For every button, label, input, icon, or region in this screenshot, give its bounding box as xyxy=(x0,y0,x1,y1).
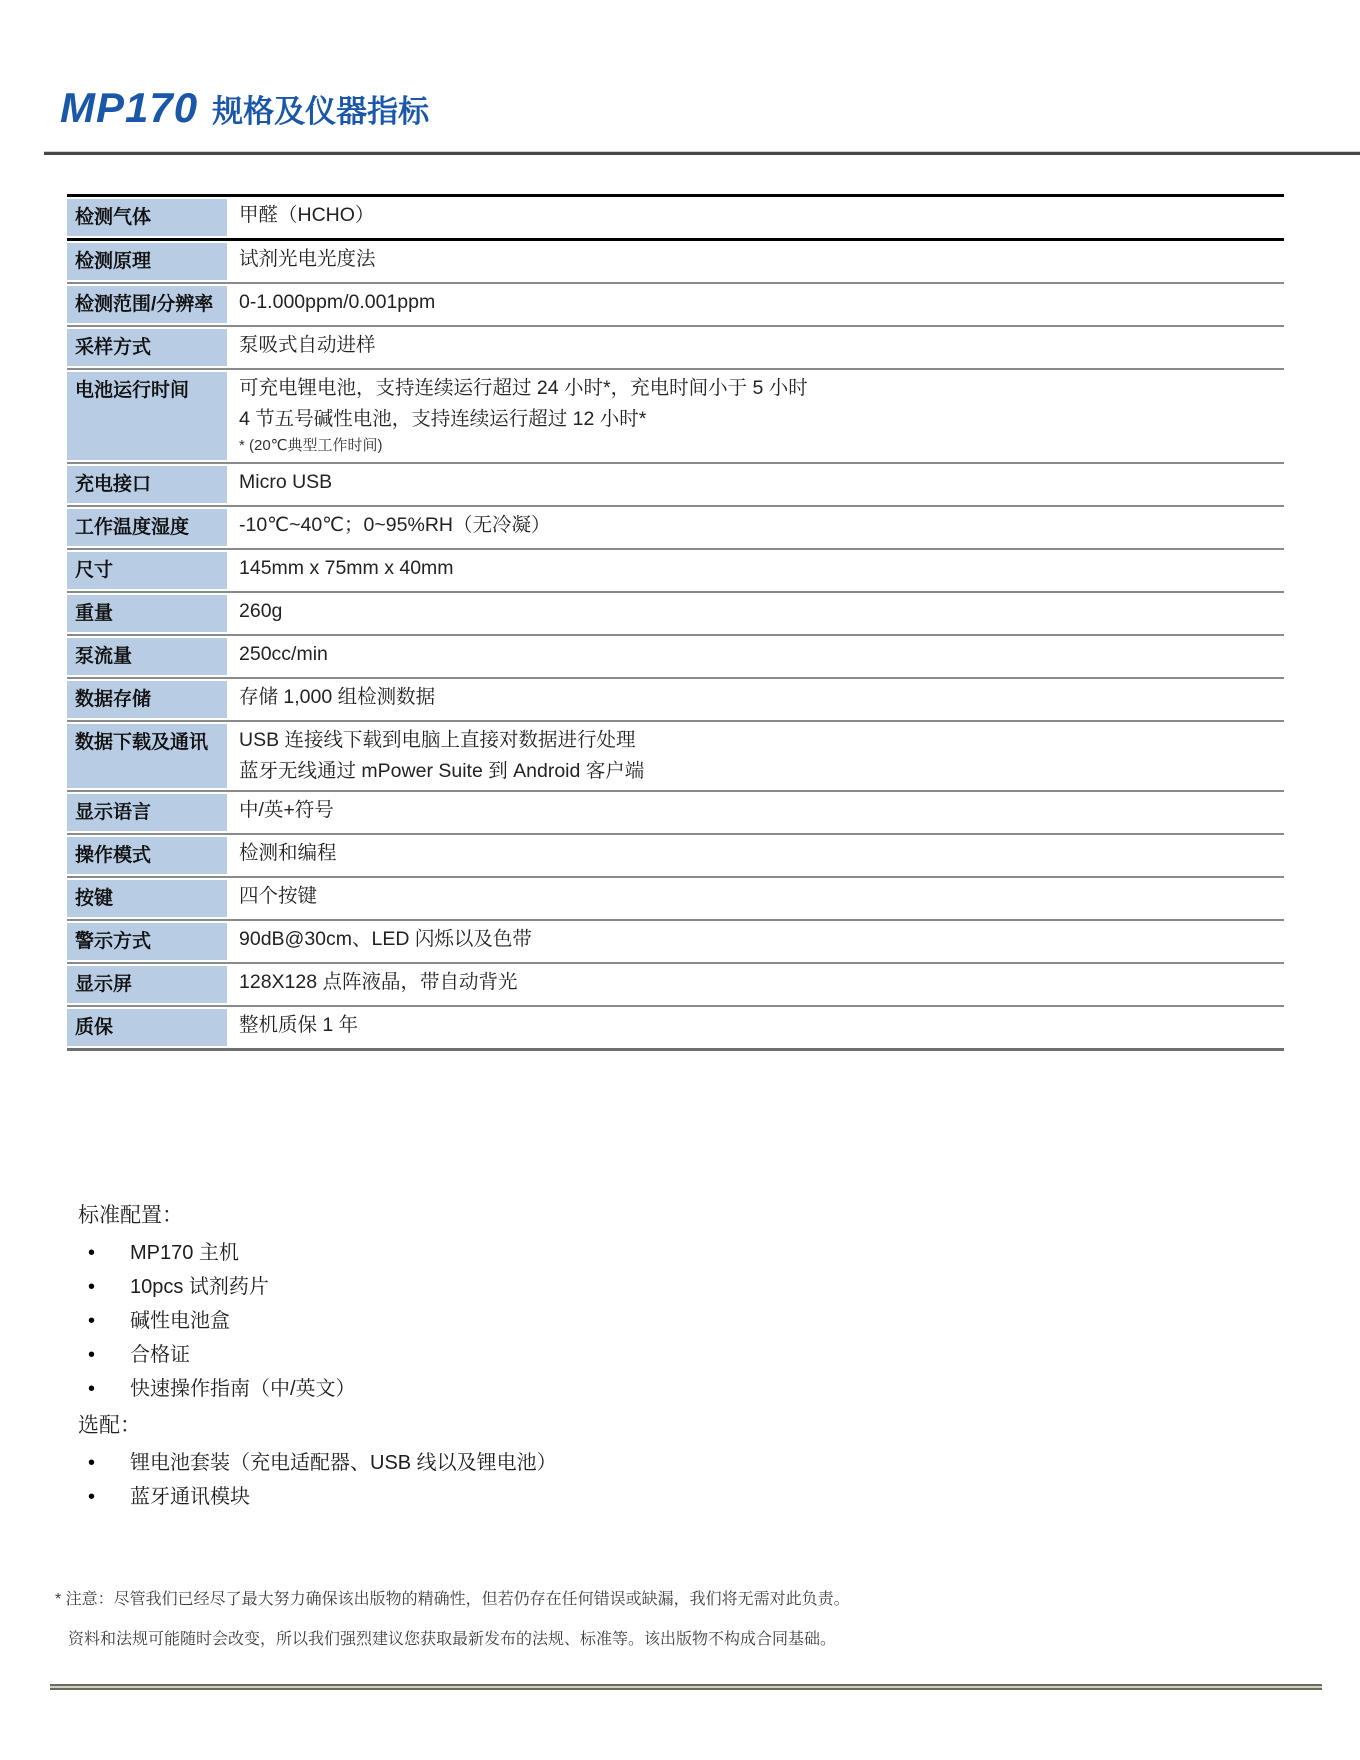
spec-value-line: 蓝牙无线通过 mPower Suite 到 Android 客户端 xyxy=(239,759,1276,784)
spec-row-value: 250cc/min xyxy=(227,636,1284,677)
spec-table-row: 采样方式 泵吸式自动进样 xyxy=(67,325,1284,368)
spec-table-row: 警示方式 90dB@30cm、LED 闪烁以及色带 xyxy=(67,919,1284,962)
spec-value-line: 检测和编程 xyxy=(239,841,1276,866)
spec-value-line: 存储 1,000 组检测数据 xyxy=(239,685,1276,710)
list-item-text: 蓝牙通讯模块 xyxy=(130,1487,250,1508)
spec-row-value: 中/英+符号 xyxy=(227,792,1284,833)
list-item-text: 快速操作指南（中/英文） xyxy=(130,1379,356,1400)
list-item-text: 锂电池套装（充电适配器、USB 线以及锂电池） xyxy=(130,1453,557,1474)
spec-row-value: 整机质保 1 年 xyxy=(227,1007,1284,1048)
spec-row-label: 泵流量 xyxy=(67,636,227,677)
spec-table-row: 质保 整机质保 1 年 xyxy=(67,1005,1284,1048)
header-divider xyxy=(44,151,1360,155)
spec-value-line: 145mm x 75mm x 40mm xyxy=(239,556,1276,581)
spec-row-value: 260g xyxy=(227,593,1284,634)
spec-row-label: 尺寸 xyxy=(67,550,227,591)
list-item: • 锂电池套装（充电适配器、USB 线以及锂电池） xyxy=(78,1453,1178,1474)
list-item: • 10pcs 试剂药片 xyxy=(78,1277,1178,1298)
spec-table-row: 按键 四个按键 xyxy=(67,876,1284,919)
spec-row-label: 检测气体 xyxy=(67,197,227,238)
spec-row-value: 90dB@30cm、LED 闪烁以及色带 xyxy=(227,921,1284,962)
spec-value-line: 中/英+符号 xyxy=(239,798,1276,823)
optional-config-heading: 选配： xyxy=(78,1413,1178,1439)
spec-row-label: 按键 xyxy=(67,878,227,919)
spec-row-label: 采样方式 xyxy=(67,327,227,368)
bullet-icon: • xyxy=(78,1379,130,1400)
spec-table-row: 检测气体 甲醛（HCHO） xyxy=(67,194,1284,238)
spec-row-value: 试剂光电光度法 xyxy=(227,241,1284,282)
spec-row-label: 警示方式 xyxy=(67,921,227,962)
spec-row-value: Micro USB xyxy=(227,464,1284,505)
spec-table-row: 显示屏 128X128 点阵液晶，带自动背光 xyxy=(67,962,1284,1005)
footnote-line-2: 资料和法规可能随时会改变，所以我们强烈建议您获取最新发布的法规、标准等。该出版物… xyxy=(55,1626,1295,1649)
bullet-icon: • xyxy=(78,1277,130,1298)
spec-row-value: 可充电锂电池，支持连续运行超过 24 小时*，充电时间小于 5 小时4 节五号碱… xyxy=(227,370,1284,462)
spec-value-line: USB 连接线下载到电脑上直接对数据进行处理 xyxy=(239,728,1276,753)
spec-row-label: 操作模式 xyxy=(67,835,227,876)
spec-row-label: 显示语言 xyxy=(67,792,227,833)
spec-row-label: 电池运行时间 xyxy=(67,370,227,462)
spec-row-value: 泵吸式自动进样 xyxy=(227,327,1284,368)
spec-row-label: 数据存储 xyxy=(67,679,227,720)
spec-value-line: 260g xyxy=(239,599,1276,624)
spec-table: 检测气体 甲醛（HCHO） 检测原理 试剂光电光度法 检测范围/分辨率 0-1.… xyxy=(67,194,1284,1051)
spec-value-line: 250cc/min xyxy=(239,642,1276,667)
spec-value-line: 4 节五号碱性电池，支持连续运行超过 12 小时* xyxy=(239,407,1276,432)
spec-row-value: 0-1.000ppm/0.001ppm xyxy=(227,284,1284,325)
list-item-text: MP170 主机 xyxy=(130,1243,239,1264)
spec-row-value: 检测和编程 xyxy=(227,835,1284,876)
spec-value-line: 可充电锂电池，支持连续运行超过 24 小时*，充电时间小于 5 小时 xyxy=(239,376,1276,401)
list-item-text: 10pcs 试剂药片 xyxy=(130,1277,269,1298)
list-item: • 蓝牙通讯模块 xyxy=(78,1487,1178,1508)
list-item-text: 碱性电池盒 xyxy=(130,1311,230,1332)
spec-row-label: 质保 xyxy=(67,1007,227,1048)
spec-table-row: 尺寸 145mm x 75mm x 40mm xyxy=(67,548,1284,591)
spec-table-row: 泵流量 250cc/min xyxy=(67,634,1284,677)
spec-row-value: 145mm x 75mm x 40mm xyxy=(227,550,1284,591)
spec-value-line: 90dB@30cm、LED 闪烁以及色带 xyxy=(239,927,1276,952)
spec-table-row: 电池运行时间 可充电锂电池，支持连续运行超过 24 小时*，充电时间小于 5 小… xyxy=(67,368,1284,462)
bullet-icon: • xyxy=(78,1311,130,1332)
spec-row-label: 显示屏 xyxy=(67,964,227,1005)
spec-value-line: 泵吸式自动进样 xyxy=(239,333,1276,358)
spec-row-label: 工作温度湿度 xyxy=(67,507,227,548)
spec-table-row: 充电接口 Micro USB xyxy=(67,462,1284,505)
spec-row-label: 数据下载及通讯 xyxy=(67,722,227,790)
spec-value-line: 试剂光电光度法 xyxy=(239,247,1276,272)
spec-table-row: 数据下载及通讯 USB 连接线下载到电脑上直接对数据进行处理蓝牙无线通过 mPo… xyxy=(67,720,1284,790)
spec-value-line: 四个按键 xyxy=(239,884,1276,909)
page-bottom-divider xyxy=(50,1684,1322,1690)
list-item-text: 合格证 xyxy=(130,1345,190,1366)
footnote-line-1: * 注意：尽管我们已经尽了最大努力确保该出版物的精确性，但若仍存在任何错误或缺漏… xyxy=(55,1586,1295,1609)
spec-table-row: 检测范围/分辨率 0-1.000ppm/0.001ppm xyxy=(67,282,1284,325)
spec-table-row: 工作温度湿度 -10℃~40℃；0~95%RH（无冷凝） xyxy=(67,505,1284,548)
spec-row-label: 充电接口 xyxy=(67,464,227,505)
spec-row-label: 重量 xyxy=(67,593,227,634)
spec-value-line: 整机质保 1 年 xyxy=(239,1013,1276,1038)
spec-row-value: 甲醛（HCHO） xyxy=(227,197,1284,238)
product-model-title: MP170 xyxy=(60,84,198,131)
spec-value-line: 0-1.000ppm/0.001ppm xyxy=(239,290,1276,315)
spec-value-line: 128X128 点阵液晶，带自动背光 xyxy=(239,970,1276,995)
configuration-section: 标准配置： • MP170 主机 • 10pcs 试剂药片 • 碱性电池盒 • … xyxy=(78,1203,1178,1521)
spec-row-value: -10℃~40℃；0~95%RH（无冷凝） xyxy=(227,507,1284,548)
spec-value-note: * (20℃典型工作时间) xyxy=(239,436,1276,456)
footnote: * 注意：尽管我们已经尽了最大努力确保该出版物的精确性，但若仍存在任何错误或缺漏… xyxy=(55,1586,1295,1649)
list-item: • MP170 主机 xyxy=(78,1243,1178,1264)
bullet-icon: • xyxy=(78,1345,130,1366)
spec-table-row: 数据存储 存储 1,000 组检测数据 xyxy=(67,677,1284,720)
spec-value-line: Micro USB xyxy=(239,470,1276,495)
spec-value-line: 甲醛（HCHO） xyxy=(239,203,1276,228)
bullet-icon: • xyxy=(78,1487,130,1508)
list-item: • 碱性电池盒 xyxy=(78,1311,1178,1332)
spec-row-label: 检测范围/分辨率 xyxy=(67,284,227,325)
standard-config-list: • MP170 主机 • 10pcs 试剂药片 • 碱性电池盒 • 合格证 • … xyxy=(78,1243,1178,1400)
spec-table-row: 显示语言 中/英+符号 xyxy=(67,790,1284,833)
page-title: 规格及仪器指标 xyxy=(212,94,429,129)
spec-row-value: 存储 1,000 组检测数据 xyxy=(227,679,1284,720)
list-item: • 快速操作指南（中/英文） xyxy=(78,1379,1178,1400)
optional-config-list: • 锂电池套装（充电适配器、USB 线以及锂电池） • 蓝牙通讯模块 xyxy=(78,1453,1178,1508)
spec-value-line: -10℃~40℃；0~95%RH（无冷凝） xyxy=(239,513,1276,538)
bullet-icon: • xyxy=(78,1453,130,1474)
spec-table-row: 操作模式 检测和编程 xyxy=(67,833,1284,876)
spec-table-row: 重量 260g xyxy=(67,591,1284,634)
spec-row-value: USB 连接线下载到电脑上直接对数据进行处理蓝牙无线通过 mPower Suit… xyxy=(227,722,1284,790)
spec-row-value: 128X128 点阵液晶，带自动背光 xyxy=(227,964,1284,1005)
spec-table-row: 检测原理 试剂光电光度法 xyxy=(67,238,1284,282)
list-item: • 合格证 xyxy=(78,1345,1178,1366)
standard-config-heading: 标准配置： xyxy=(78,1203,1178,1229)
page-header: MP170规格及仪器指标 xyxy=(60,84,429,132)
bullet-icon: • xyxy=(78,1243,130,1264)
spec-row-value: 四个按键 xyxy=(227,878,1284,919)
spec-row-label: 检测原理 xyxy=(67,241,227,282)
